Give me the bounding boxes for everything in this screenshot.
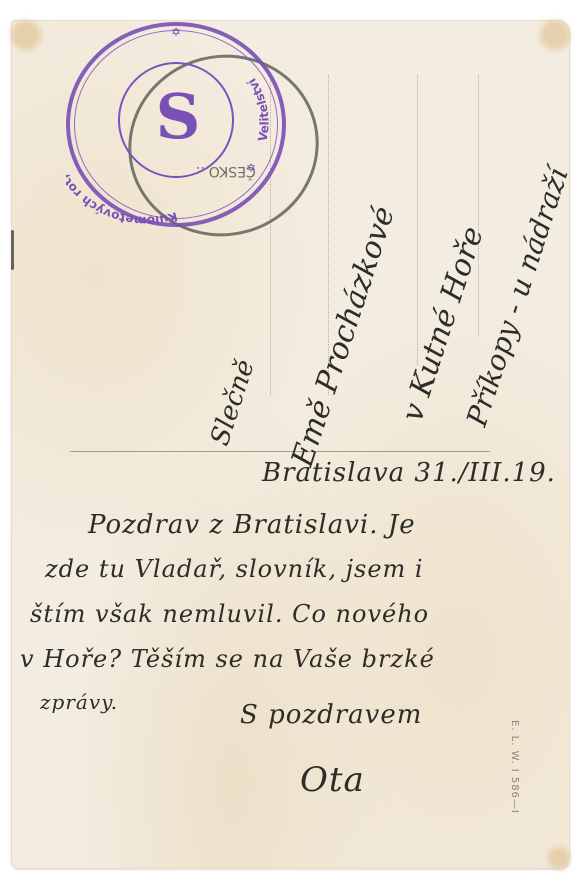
address-guide-line: [478, 75, 479, 335]
printer-code: E. L. W. I 586—I: [509, 720, 520, 814]
edge-mark: [11, 230, 14, 270]
card-divider-line: [70, 451, 490, 452]
address-guide-line: [417, 75, 418, 365]
message-line: zprávy.: [40, 690, 118, 714]
military-unit-stamp: Kulometových rot, 7. divise Velitelství …: [66, 22, 286, 227]
corner-stain: [11, 20, 41, 50]
message-closing: S pozdravem: [240, 700, 422, 730]
svg-text:Velitelství: Velitelství: [244, 75, 271, 143]
star-icon: ✡: [246, 161, 256, 175]
message-date-line: Bratislava 31./III.19.: [262, 458, 556, 488]
message-line: zde tu Vladař, slovník, jsem i: [45, 555, 424, 583]
star-icon: ✡: [171, 25, 181, 39]
corner-stain: [548, 847, 570, 869]
stamp-ring-text-right: Velitelství: [244, 75, 271, 143]
message-signature: Ota: [300, 760, 365, 800]
corner-stain: [540, 20, 570, 50]
message-line: Pozdrav z Bratislavi. Je: [88, 510, 416, 540]
message-line: v Hoře? Těším se na Vaše brzké: [20, 645, 435, 673]
message-line: štím však nemluvil. Co nového: [30, 600, 429, 628]
stamp-logo-icon: S: [148, 82, 208, 152]
